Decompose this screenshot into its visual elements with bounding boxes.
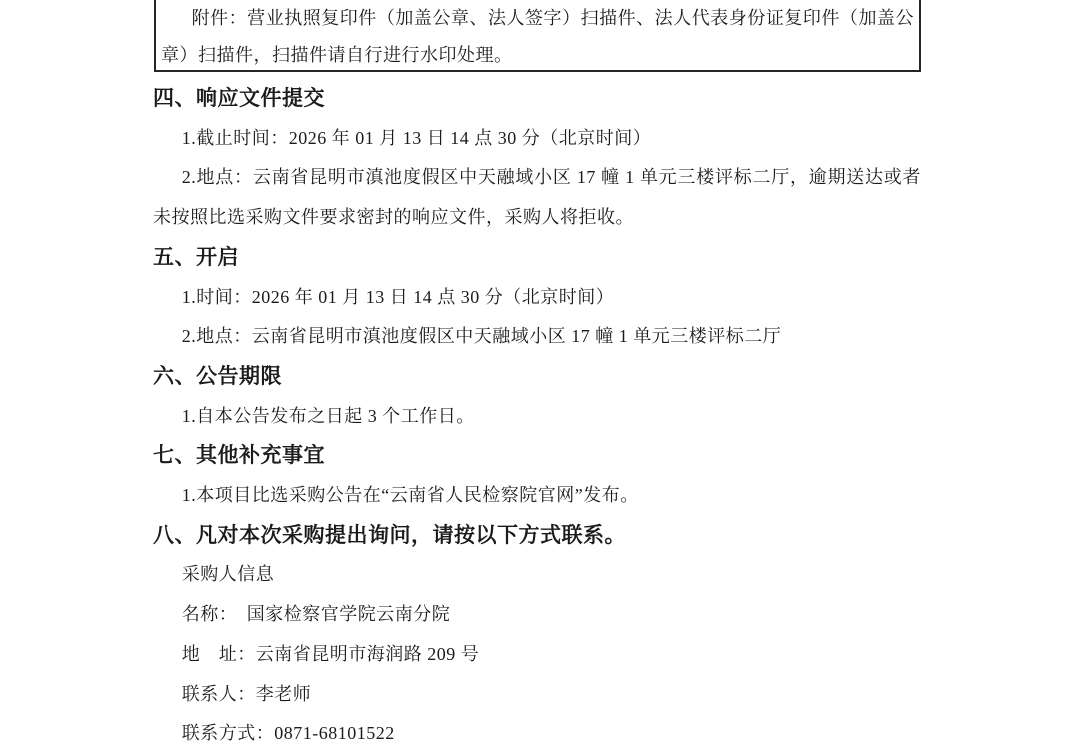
attachment-note-box: 附件：营业执照复印件（加盖公章、法人签字）扫描件、法人代表身份证复印件（加盖公章… [154, 0, 921, 72]
paragraph-announcement-period: 1.自本公告发布之日起 3 个工作日。 [153, 397, 921, 437]
paragraph-submission-location: 2.地点：云南省昆明市滇池度假区中天融域小区 17 幢 1 单元三楼评标二厅，逾… [153, 158, 921, 237]
purchaser-phone-line: 联系方式：0871-68101522 [153, 714, 921, 752]
purchaser-info-title: 采购人信息 [153, 555, 921, 595]
paragraph-opening-location: 2.地点：云南省昆明市滇池度假区中天融域小区 17 幢 1 单元三楼评标二厅 [153, 317, 921, 357]
section-heading-response-file-submission: 四、响应文件提交 [153, 79, 921, 119]
purchaser-address-line: 地 址：云南省昆明市海润路 209 号 [153, 635, 921, 675]
purchaser-name-line: 名称： 国家检察官学院云南分院 [153, 595, 921, 635]
section-heading-other-matters: 七、其他补充事宜 [153, 436, 921, 476]
purchaser-contact-person-line: 联系人：李老师 [153, 675, 921, 715]
section-heading-contact-methods: 八、凡对本次采购提出询问，请按以下方式联系。 [153, 516, 921, 556]
section-heading-announcement-period: 六、公告期限 [153, 357, 921, 397]
paragraph-publish-website: 1.本项目比选采购公告在“云南省人民检察院官网”发布。 [153, 476, 921, 516]
document-page: 附件：营业执照复印件（加盖公章、法人签字）扫描件、法人代表身份证复印件（加盖公章… [0, 0, 1074, 752]
section-heading-opening: 五、开启 [153, 238, 921, 278]
paragraph-opening-time: 1.时间：2026 年 01 月 13 日 14 点 30 分（北京时间） [153, 278, 921, 318]
paragraph-submission-deadline: 1.截止时间：2026 年 01 月 13 日 14 点 30 分（北京时间） [153, 119, 921, 159]
attachment-note-text: 附件：营业执照复印件（加盖公章、法人签字）扫描件、法人代表身份证复印件（加盖公章… [161, 0, 914, 73]
document-body: 四、响应文件提交 1.截止时间：2026 年 01 月 13 日 14 点 30… [153, 79, 921, 752]
